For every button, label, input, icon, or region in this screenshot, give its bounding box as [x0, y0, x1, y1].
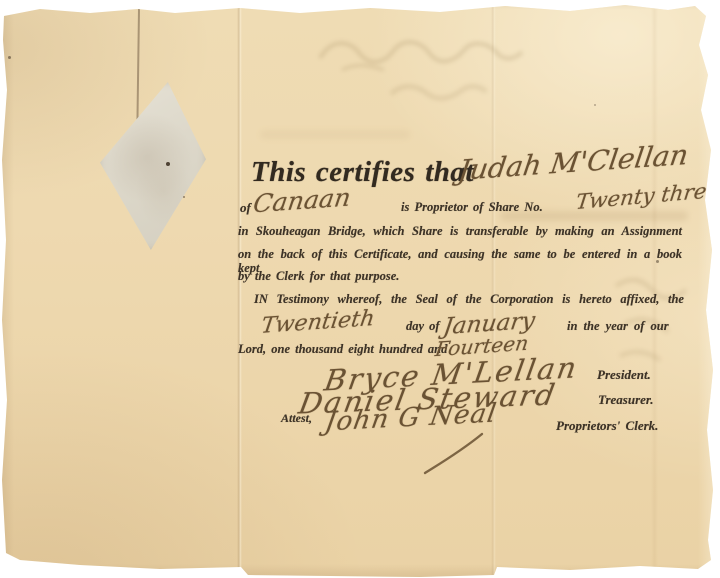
ink-bleed-ghost-top-2: [386, 76, 491, 106]
certificate-heading: This certifies that: [251, 156, 474, 189]
ink-bleed-ghost-right: [606, 268, 706, 368]
day-handwriting: Twentieth: [260, 306, 377, 339]
signature-flourish: [420, 432, 500, 477]
holder-name-handwriting: Judah M'Clellan: [456, 138, 690, 187]
paper-edge-shading: [0, 0, 720, 578]
scanned-certificate: This certifies that Judah M'Clellan of C…: [0, 0, 720, 578]
ink-speck: [8, 56, 11, 59]
ink-speck: [183, 196, 185, 198]
paper-sheet: This certifies that Judah M'Clellan of C…: [0, 0, 720, 578]
wafer-seal: [100, 82, 206, 250]
share-number-handwriting: Twenty three: [574, 178, 720, 214]
body-line-3: by the Clerk for that purpose.: [238, 269, 399, 283]
proprietor-text: is Proprietor of Share No.: [401, 200, 583, 214]
fold-crease-far-right: [651, 0, 658, 578]
year-text-2: Lord, one thousand eight hundred and: [238, 342, 447, 356]
year-text-1: in the year of our: [567, 319, 669, 333]
ink-speck: [594, 104, 596, 106]
body-line-1: in Skouheagan Bridge, which Share is tra…: [238, 224, 682, 238]
title-treasurer: Treasurer.: [598, 393, 654, 408]
title-president: President.: [597, 368, 651, 383]
attest-label: Attest,: [281, 412, 312, 426]
residence-handwriting: Canaan: [251, 183, 352, 219]
ink-bleed-ghost-top: [312, 26, 527, 76]
fold-crease-left: [237, 0, 242, 578]
fold-crease-right: [491, 0, 496, 578]
ink-speck: [166, 162, 170, 166]
day-of-label: day of: [406, 319, 440, 333]
title-clerk: Proprietors' Clerk.: [556, 419, 658, 434]
ink-bleed-smudge: [260, 130, 410, 139]
of-label: of: [240, 201, 251, 216]
testimony-line: IN Testimony whereof, the Seal of the Co…: [254, 292, 684, 306]
